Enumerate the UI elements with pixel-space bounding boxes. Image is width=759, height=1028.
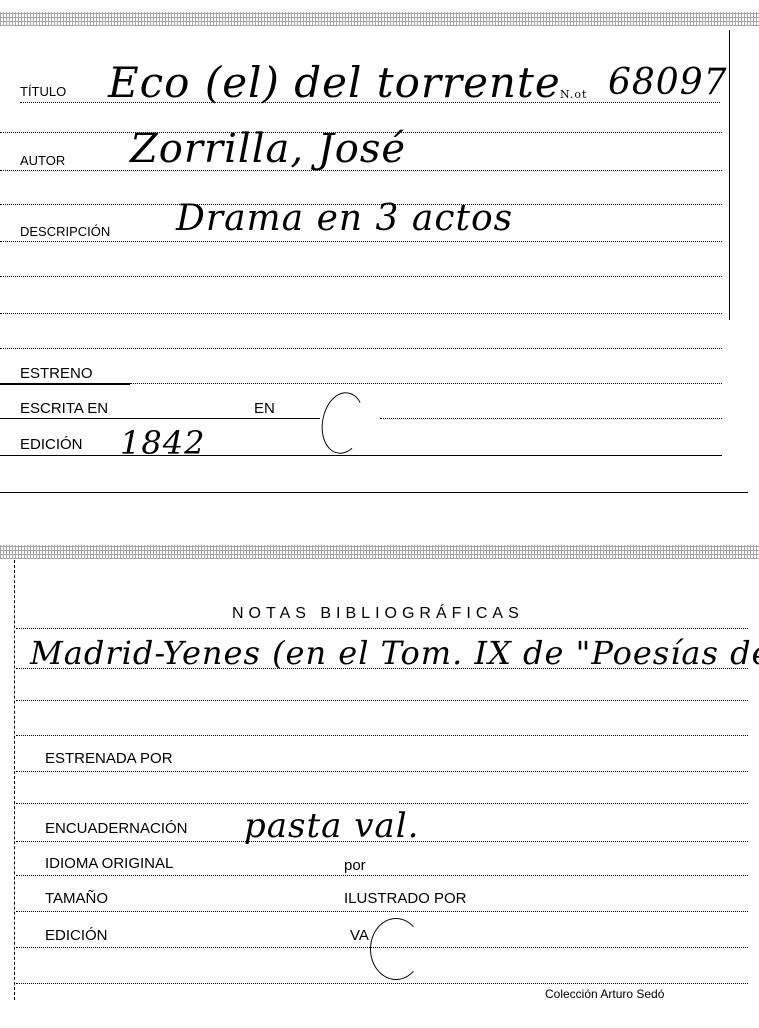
- rule: [0, 313, 722, 314]
- catalog-number-prefix: N.ot: [560, 88, 587, 101]
- label-titulo: Título: [20, 84, 66, 99]
- rule: [380, 418, 722, 419]
- value-autor: Zorrilla, José: [130, 126, 406, 172]
- stamp-mark: [370, 918, 422, 980]
- rule: [16, 947, 748, 948]
- rule: [0, 348, 722, 349]
- rule: [16, 771, 748, 772]
- notes-value: Madrid-Yenes (en el Tom. IX de "Poesías …: [30, 634, 759, 672]
- rule: [0, 418, 320, 419]
- rule: [0, 276, 722, 277]
- rule: [16, 983, 748, 984]
- rule: [16, 668, 748, 669]
- label-edicion: Edición: [20, 436, 83, 453]
- card-edge: [14, 560, 15, 1000]
- rule: [16, 841, 748, 842]
- label-escrita-en: Escrita en: [20, 400, 108, 417]
- rule: [16, 700, 748, 701]
- label-en: En: [254, 400, 275, 417]
- label-por: por: [344, 857, 366, 874]
- label-va: VA: [350, 927, 369, 944]
- rule: [16, 875, 748, 876]
- rule: [16, 628, 748, 629]
- label-autor: Autor: [20, 153, 65, 168]
- label-estrenada-por: Estrenada por: [45, 750, 173, 767]
- rule: [20, 102, 720, 103]
- stamp-mark: [317, 389, 369, 457]
- label-idioma-original: Idioma original: [45, 855, 173, 872]
- rule: [130, 383, 722, 384]
- catalog-number: 68097: [608, 62, 728, 103]
- value-edicion: 1842: [120, 424, 205, 462]
- rule: [0, 170, 722, 171]
- rule: [16, 803, 748, 804]
- rule: [0, 383, 130, 385]
- value-titulo: Eco (el) del torrente: [108, 58, 561, 107]
- scan-border-noise: [0, 12, 759, 26]
- card-edge: [729, 30, 730, 320]
- notes-heading: NOTAS BIBLIOGRÁFICAS: [232, 605, 524, 623]
- value-descripcion: Drama en 3 actos: [176, 198, 513, 239]
- label-estreno: Estreno: [20, 365, 93, 382]
- label-tamano: Tamaño: [45, 890, 108, 907]
- label-edicion-back: Edición: [45, 927, 108, 944]
- card-bottom-edge: [0, 492, 748, 493]
- scan-border-noise: [0, 545, 759, 559]
- label-ilustrado-por: Ilustrado por: [344, 890, 467, 907]
- label-encuadernacion: Encuadernación: [45, 820, 188, 837]
- rule: [0, 241, 722, 242]
- label-descripcion: Descripción: [20, 224, 110, 239]
- collection-footer: Colección Arturo Sedó: [545, 987, 664, 1001]
- rule: [16, 911, 748, 912]
- rule: [16, 735, 748, 736]
- rule: [0, 455, 722, 456]
- value-encuadernacion: pasta val.: [244, 806, 419, 846]
